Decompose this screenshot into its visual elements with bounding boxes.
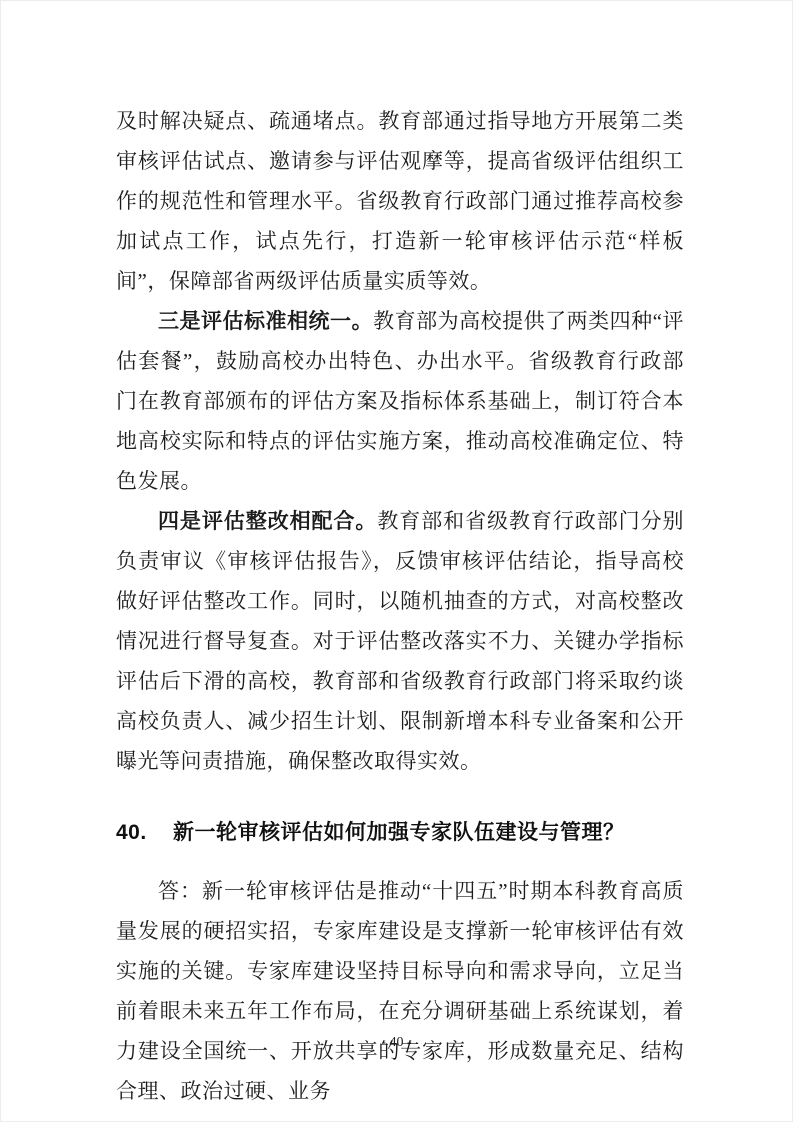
answer-paragraph: 答：新一轮审核评估是推动“十四五”时期本科教育高质量发展的硬招实招，专家库建设是… [116, 871, 684, 1111]
question-number: 40. [116, 813, 173, 853]
paragraph-point-four: 四是评估整改相配合。教育部和省级教育行政部门分别负责审议《审核评估报告》，反馈审… [116, 501, 684, 781]
question-heading: 40.新一轮审核评估如何加强专家队伍建设与管理？ [116, 813, 684, 853]
paragraph-text: 及时解决疑点、疏通堵点。教育部通过指导地方开展第二类审核评估试点、邀请参与评估观… [116, 109, 684, 293]
paragraph-text: 教育部和省级教育行政部门分别负责审议《审核评估报告》，反馈审核评估结论，指导高校… [116, 509, 684, 773]
question-title: 新一轮审核评估如何加强专家队伍建设与管理？ [173, 821, 625, 844]
paragraph-continuation: 及时解决疑点、疏通堵点。教育部通过指导地方开展第二类审核评估试点、邀请参与评估观… [116, 101, 684, 301]
paragraph-lead: 三是评估标准相统一。 [158, 309, 373, 333]
document-page: 及时解决疑点、疏通堵点。教育部通过指导地方开展第二类审核评估试点、邀请参与评估观… [0, 0, 793, 1122]
page-content: 及时解决疑点、疏通堵点。教育部通过指导地方开展第二类审核评估试点、邀请参与评估观… [116, 101, 684, 1111]
answer-text: 答：新一轮审核评估是推动“十四五”时期本科教育高质量发展的硬招实招，专家库建设是… [116, 879, 684, 1103]
paragraph-text: 教育部为高校提供了两类四种“评估套餐”，鼓励高校办出特色、办出水平。省级教育行政… [116, 309, 684, 493]
paragraph-lead: 四是评估整改相配合。 [158, 509, 377, 533]
page-number: - 40 - [1, 1033, 792, 1053]
paragraph-point-three: 三是评估标准相统一。教育部为高校提供了两类四种“评估套餐”，鼓励高校办出特色、办… [116, 301, 684, 501]
